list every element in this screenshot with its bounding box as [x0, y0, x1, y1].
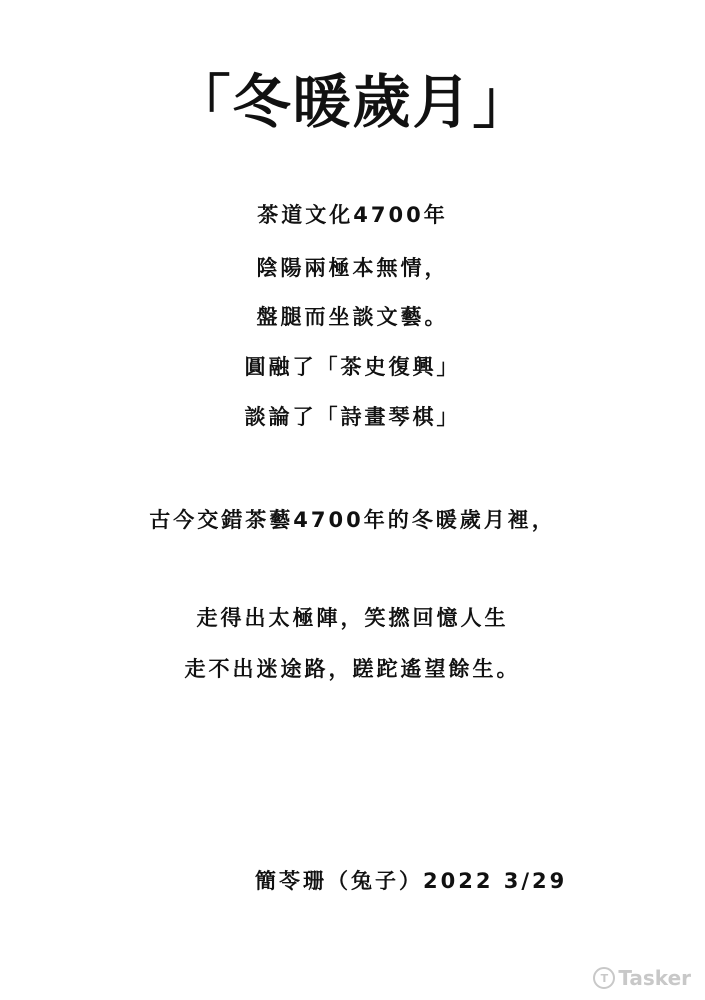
poem-line: 陰陽兩極本無情， [0, 253, 705, 283]
watermark: T Tasker [593, 966, 691, 990]
poem-line: 茶道文化4700年 [0, 200, 705, 230]
poem-line: 古今交錯茶藝4700年的冬暖歲月裡， [0, 505, 705, 535]
poem-line: 圓融了「茶史復興」 [0, 352, 705, 382]
poem-title: 「冬暖歲月」 [0, 62, 705, 142]
poem-line: 走得出太極陣，笑撚回憶人生 [0, 603, 705, 633]
watermark-text: Tasker [618, 966, 691, 990]
poem-line: 盤腿而坐談文藝。 [0, 302, 705, 332]
poem-line: 談論了「詩畫琴棋」 [0, 402, 705, 432]
tasker-logo-icon: T [593, 967, 615, 989]
author-signature: 簡苓珊（兔子）2022 3/29 [255, 866, 567, 896]
poem-line: 走不出迷途路，蹉跎遙望餘生。 [0, 654, 705, 684]
